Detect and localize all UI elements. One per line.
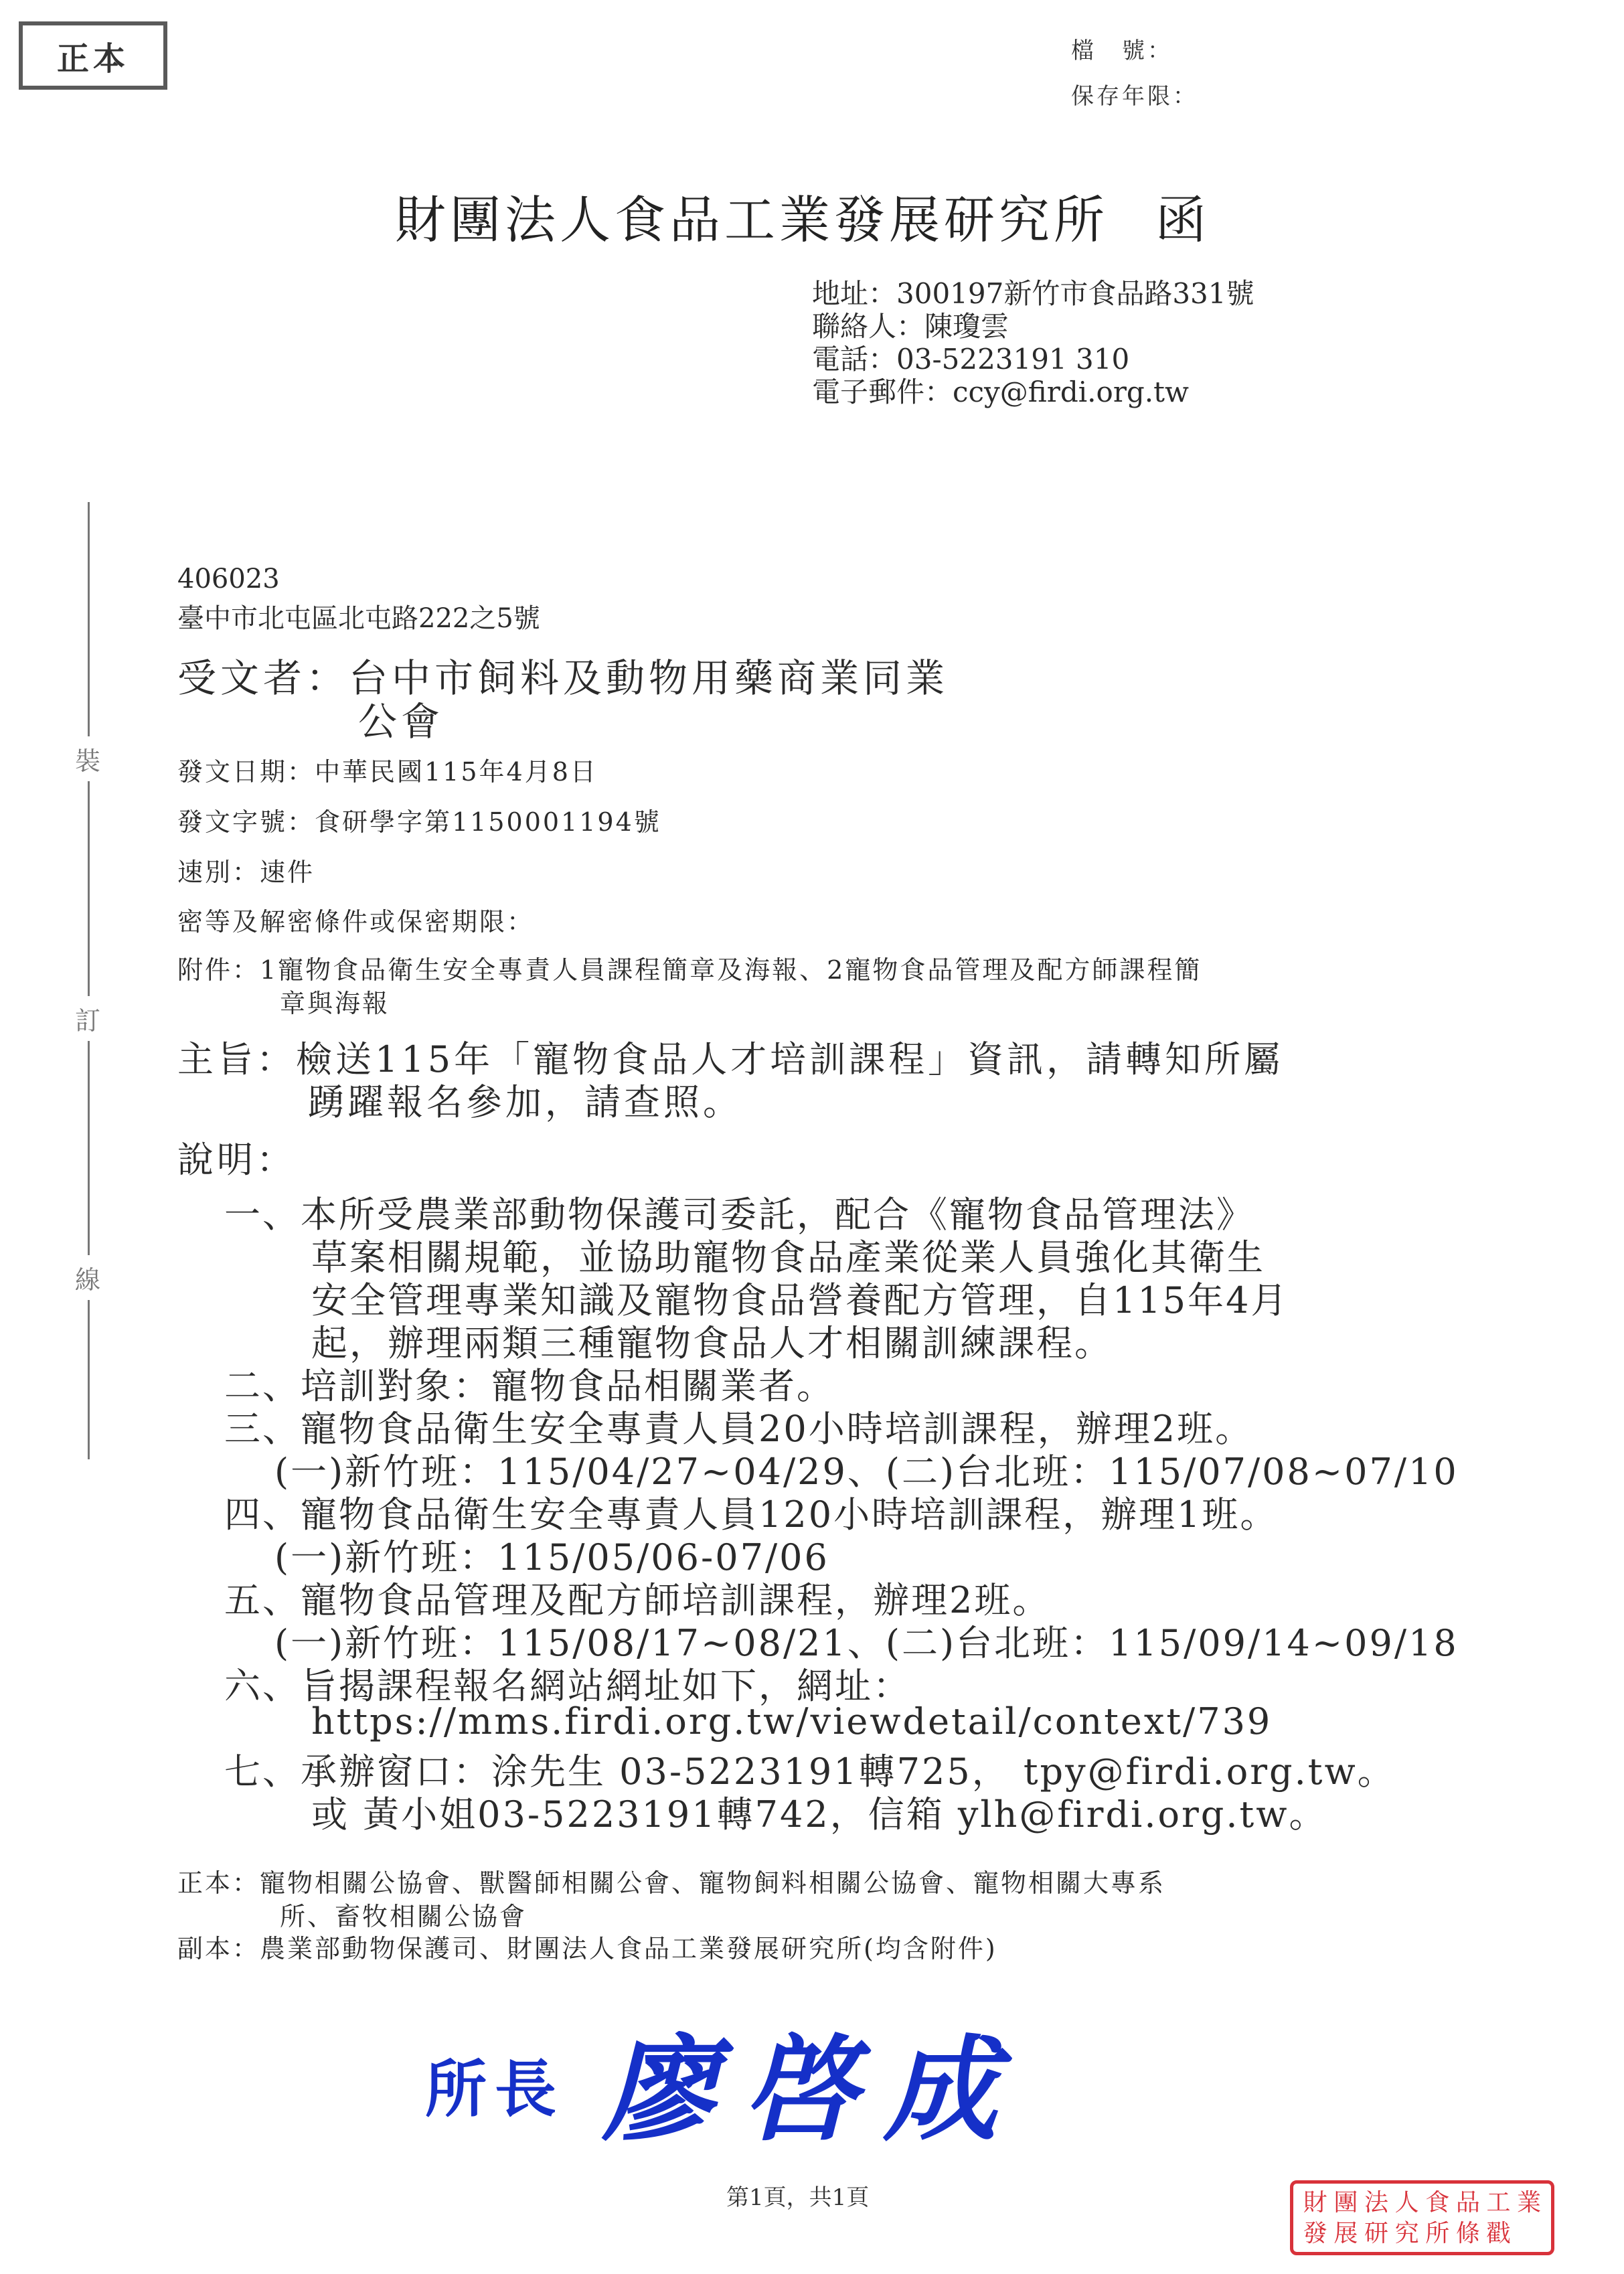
explanation-heading: 說明： [177,1131,296,1183]
recipient-name-cont: 公會 [358,690,444,746]
seal-char: 所 [1423,2218,1453,2249]
original-recipients-cont: 所、畜牧相關公協會 [280,1896,527,1933]
confidentiality: 密等及解密條件或保密期限： [177,901,534,938]
document-title: 財團法人食品工業發展研究所函 [395,179,1210,252]
doc-type: 函 [1155,190,1210,250]
seal-char: 條 [1453,2218,1483,2249]
seal-char: 業 [1514,2188,1544,2218]
priority: 速別：速件 [177,851,315,888]
sender-email: 電子郵件：ccy@firdi.org.tw [812,370,1189,410]
seal-char: 展 [1331,2218,1362,2249]
binding-char-zhuang: 裝 [75,736,100,781]
seal-char: 食 [1423,2188,1453,2218]
seal-char: 團 [1331,2188,1362,2218]
file-number-label: 檔 號： [1071,32,1173,65]
original-copy-stamp: 正本 [19,21,167,90]
seal-char: 法 [1361,2188,1392,2218]
seal-char [1514,2218,1544,2249]
signature-name: 廖啓成 [602,1998,1024,2162]
attachments-cont: 章與海報 [280,983,390,1020]
subject-cont: 踴躍報名參加，請查照。 [308,1074,742,1125]
signature-title: 所長 [425,2040,564,2129]
official-seal: 財 團 法 人 食 品 工 業 發 展 研 究 所 條 戳 [1290,2180,1554,2255]
seal-char: 戳 [1483,2218,1514,2249]
seal-char: 研 [1361,2218,1392,2249]
retention-period-label: 保存年限： [1071,78,1198,110]
original-recipients: 正本：寵物相關公協會、獸醫師相關公會、寵物飼料相關公協會、寵物相關大專系 [177,1862,1165,1899]
seal-char: 發 [1300,2218,1331,2249]
attachments: 附件：1寵物食品衛生安全專責人員課程簡章及海報、2寵物食品管理及配方師課程簡 [177,949,1202,986]
recipient-postal-code: 406023 [177,564,280,594]
page-number: 第1頁，共1頁 [726,2179,869,2212]
recipient-address: 臺中市北屯區北屯路222之5號 [177,597,540,635]
binding-char-xian: 線 [75,1255,100,1300]
registration-url-link[interactable]: https://mms.firdi.org.tw/viewdetail/cont… [311,1700,1272,1742]
binding-line [88,502,90,1459]
seal-char: 工 [1483,2188,1514,2218]
seal-char: 財 [1300,2188,1331,2218]
explanation-item-7-cont: 或 黃小姐03-5223191轉742，信箱 ylh@firdi.org.tw。 [311,1786,1327,1838]
seal-char: 人 [1392,2188,1423,2218]
issue-date: 發文日期：中華民國115年4月8日 [177,751,598,788]
document-number: 發文字號：食研學字第1150001194號 [177,801,661,838]
org-name: 財團法人食品工業發展研究所 [395,190,1109,250]
copy-recipients: 副本：農業部動物保護司、財團法人食品工業發展研究所(均含附件) [177,1928,997,1965]
recipient-name: 受文者：台中市飼料及動物用藥商業同業 [177,647,949,703]
seal-char: 究 [1392,2218,1423,2249]
seal-char: 品 [1453,2188,1483,2218]
binding-char-ding: 訂 [75,996,100,1041]
